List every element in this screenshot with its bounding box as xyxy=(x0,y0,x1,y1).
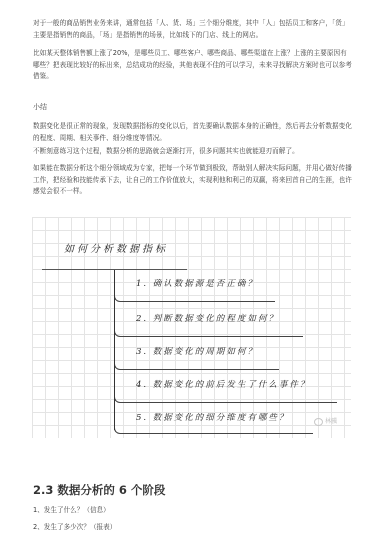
paragraph-sales-growth-example: 比如某天整体销售额上涨了20%，是哪些员工、哪些客户、哪些商品、哪些渠道在上涨？… xyxy=(33,48,353,83)
stage-item-1: 1、发生了什么？（信息） xyxy=(33,504,110,514)
watermark-text: 林骥 xyxy=(325,418,337,425)
mindmap-item-4: 4. 数据变化的前后发生了什么事件？ xyxy=(136,378,310,390)
branch-line-3 xyxy=(114,361,279,370)
stage-item-2: 2、发生了多少次？（报表） xyxy=(33,521,116,531)
mindmap-item-5: 5. 数据变化的细分维度有哪些？ xyxy=(136,411,289,423)
paragraph-people-goods-place: 对于一般的商品销售业务来讲，通常包括「人、货、场」三个细分维度，其中「人」包括员… xyxy=(33,18,353,41)
mindmap-item-3: 3. 数据变化的周期如何？ xyxy=(136,345,258,357)
mindmap-item-2: 2. 判断数据变化的程度如何？ xyxy=(136,312,279,324)
section-heading: 2.3 数据分析的 6 个阶段 xyxy=(33,482,165,498)
mindmap-item-1: 1. 确认数据源是否正确？ xyxy=(136,277,258,289)
branch-line-5 xyxy=(114,425,313,434)
handwritten-mindmap-figure: 如何分析数据指标 1. 确认数据源是否正确？ 2. 判断数据变化的程度如何？ 3… xyxy=(32,217,351,438)
paragraph-summary-data-change: 数据变化是很正常的现象，发现数据指标的变化以后，首先要确认数据本身的正确性，然后… xyxy=(33,121,353,144)
watermark: 林骥 xyxy=(314,416,337,426)
paragraph-deliberate-practice: 不断刻意练习这个过程，数据分析的思路就会逐渐打开，很多问题其实也就能迎刃而解了。 xyxy=(33,146,353,158)
summary-heading: 小结 xyxy=(33,102,47,112)
branch-line-2 xyxy=(114,328,303,337)
branch-line-1 xyxy=(114,293,275,302)
wechat-logo-icon xyxy=(314,418,323,426)
figure-title: 如何分析数据指标 xyxy=(64,240,168,255)
paragraph-become-expert: 如果能在数据分析这个细分领域成为专家，把每一个环节做到极致，帮助别人解决实际问题… xyxy=(33,163,353,198)
branch-line-4 xyxy=(114,394,337,403)
